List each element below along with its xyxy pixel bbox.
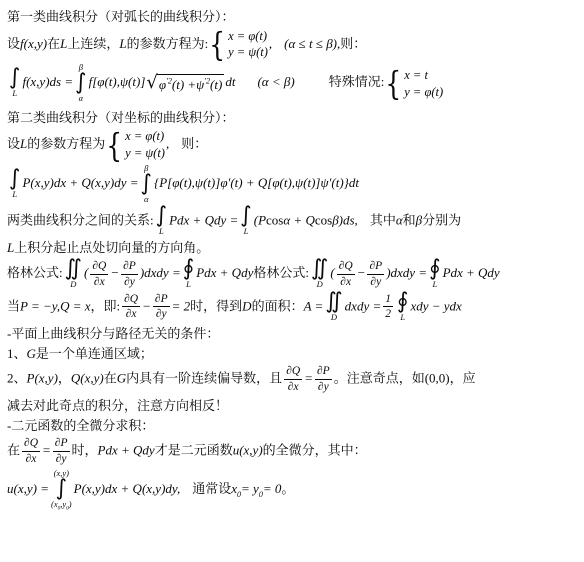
math-run: ( [330,265,334,280]
cases-group: {x = φ(t)y = ψ(t) [209,28,268,62]
line-potential-function: u(x,y) =(x,y)∫(x0,y0)P(x,y)dx + Q(x,y)dy… [7,469,582,511]
fraction: ∂Q∂x [284,364,302,395]
text-run: 内具有一阶连续偏导数，且 [126,371,282,386]
contour-integral-sign: ∮ [183,259,194,280]
line-condition-1: 1、G是一个单连通区域； [7,345,582,363]
double-integral-operator: ∬D [65,259,82,290]
line-total-differential-title: -二元函数的全微分求积： [7,417,582,435]
integral-operator: β∫α [75,63,86,103]
math-run: G [27,346,36,361]
case-row: x = t [404,67,443,84]
text-run: 的全微分，其中： [263,443,367,458]
math-run: ( [84,265,88,280]
math-run: (x [51,499,58,509]
minus-sign: − [357,265,366,280]
fraction-denominator: ∂x [92,275,107,290]
math-run: P(x,y)dx + Q(x,y)dy = [22,175,138,190]
heading-first-kind: 第一类曲线积分（对弧长的曲线积分）： [7,9,235,24]
math-run: (α ≤ t ≤ β) [284,35,337,50]
text-run: 特殊情况: [329,74,385,89]
math-run: )dxdy = [386,265,427,280]
double-integral-operator: ∬D [311,259,328,290]
fraction-numerator: ∂Q [22,436,40,452]
math-run: Pdx + Qdy [196,265,253,280]
text-run: 1、 [7,346,27,361]
math-run: P = −y,Q = x [20,298,90,313]
fraction-numerator: ∂P [153,292,170,308]
contour-integral-operator: ∮L [183,259,194,290]
heading-total-differential: -二元函数的全微分求积： [7,418,154,433]
integral-lower-limit: L [12,190,17,200]
integral-lower-limit: L [159,227,164,237]
text-run: 在 [7,443,20,458]
document-page: 第一类曲线积分（对弧长的曲线积分）： 设f(x,y)在L上连续，L的参数方程为:… [0,0,584,562]
fraction-denominator: ∂y [54,452,69,467]
math-run: Pdx + Qdy [98,443,155,458]
text-run: 。注意奇点，如(0,0)，应 [334,371,476,386]
text-run: 则： [181,136,207,151]
double-integral-sign: ∬ [65,259,82,280]
fraction-denominator: ∂y [154,307,169,322]
line-second-kind-title: 第二类曲线积分（对坐标的曲线积分）： [7,109,582,127]
text-run: 在 [47,35,60,50]
case-rows: x = φ(t)y = ψ(t) [228,28,268,62]
math-run: = 0 [263,482,282,497]
line-first-kind-setup: 设f(x,y)在L上连续，L的参数方程为:{x = φ(t)y = ψ(t),(… [7,28,582,62]
fraction: ∂P∂y [367,259,384,290]
cos-function: cos [315,213,332,228]
fraction-denominator: ∂x [124,307,139,322]
math-run: P(x,y)dx + Q(x,y)dy, [74,482,181,497]
math-run: φ [159,77,166,92]
line-condition-2-cont: 减去对此奇点的积分，注意方向相反！ [7,397,582,415]
integral-operator: ∫L [156,206,167,237]
case-rows: x = ty = φ(t) [404,67,443,101]
fraction: ∂P∂y [121,259,138,290]
integral-lower-limit: L [432,280,437,290]
integral-lower-limit: L [400,313,405,323]
integral-sign: ∫ [9,68,20,89]
integral-sign: ∫ [9,169,20,190]
text-run: 两类曲线积分之间的关系: [7,213,154,228]
integral-lower-limit: L [244,227,249,237]
math-run: Pdx + Qdy [443,265,500,280]
text-run: 2、 [7,371,27,386]
line-total-differential-condition: 在∂Q∂x=∂P∂y时，Pdx + Qdy才是二元函数u(x,y)的全微分，其中… [7,436,582,467]
integral-lower-limit: (x0,y0) [51,500,72,512]
fraction-denominator: 2 [383,307,393,322]
contour-integral-operator: ∮L [397,292,408,323]
math-run: = 2 [172,298,191,313]
fraction-numerator: ∂Q [337,259,355,275]
math-run: , [269,35,272,50]
math-run: Pdx + Qdy = [169,213,238,228]
case-row: x = φ(t) [125,128,165,145]
green-formula-copy: 格林公式:∬D(∂Q∂x−∂P∂y)dxdy =∮LPdx + Qdy [253,265,499,280]
fraction-numerator: ∂P [315,364,332,380]
heading-path-independence: -平面上曲线积分与路径无关的条件： [7,326,219,341]
text-run: 格林公式: [7,265,63,280]
integral-sign: ∫ [75,73,86,94]
fraction-numerator: 1 [383,292,393,308]
integral-operator: ∫L [240,206,251,237]
fraction: ∂Q∂x [22,436,40,467]
text-run: 设 [7,136,20,151]
fraction-denominator: ∂x [286,380,301,395]
integral-lower-limit: D [331,313,337,323]
cases-group: {x = φ(t)y = ψ(t) [106,128,165,162]
math-run: u(x,y) = [7,482,49,497]
contour-integral-sign: ∮ [397,292,408,313]
math-run: , [166,136,169,151]
text-run: ,则： [337,35,366,50]
text-run: 上连续， [67,35,119,50]
case-rows: x = φ(t)y = ψ(t) [125,128,165,162]
line-first-kind-title: 第一类曲线积分（对弧长的曲线积分）： [7,8,582,26]
fraction-numerator: ∂P [53,436,70,452]
math-run: dxdy = [345,298,382,313]
text-run: 的参数方程为 [27,136,105,151]
fraction-numerator: ∂Q [122,292,140,308]
line-green-formula: 格林公式:∬D(∂Q∂x−∂P∂y)dxdy =∮LPdx + Qdy格林公式:… [7,259,582,290]
math-run: )dxdy = [140,265,181,280]
text-run: ，即: [91,298,121,313]
text-run: 。 [281,482,294,497]
line-condition-2: 2、P(x,y)，Q(x,y)在G内具有一阶连续偏导数，且∂Q∂x=∂P∂y。注… [7,364,582,395]
line-first-kind-formula: ∫Lf(x,y)ds =β∫αf[φ(t),ψ(t)]√φ′2(t) +ψ′2(… [7,63,582,103]
text-run: 设 [7,35,20,50]
fraction: ∂Q∂x [90,259,108,290]
left-brace-icon: { [385,67,401,100]
fraction-denominator: ∂y [368,275,383,290]
double-integral-sign: ∬ [325,292,342,313]
text-run: 和 [403,213,416,228]
double-integral-sign: ∬ [311,259,328,280]
fraction-numerator: ∂Q [284,364,302,380]
fraction: ∂P∂y [315,364,332,395]
math-run: f(x,y)ds = [22,74,73,89]
math-run: L [119,35,126,50]
math-run: (t) +ψ [172,77,204,92]
integral-operator: (x,y)∫(x0,y0) [51,469,72,511]
equals-sign: = [304,371,313,386]
integral-operator: ∫L [9,68,20,99]
fraction: ∂P∂y [153,292,170,323]
integral-lower-limit: L [186,280,191,290]
math-run: f[φ(t),ψ(t)] [89,74,146,89]
integral-lower-limit: L [12,89,17,99]
math-run: α [396,213,403,228]
fraction-numerator: ∂Q [90,259,108,275]
math-run: G [117,371,126,386]
text-run: 的参数方程为: [127,35,209,50]
fraction: ∂P∂y [53,436,70,467]
double-integral-operator: ∬D [325,292,342,323]
math-run: ) [69,499,72,509]
line-path-independence-title: -平面上曲线积分与路径无关的条件： [7,325,582,343]
math-run: dt [225,74,235,89]
math-run: (P [254,213,266,228]
text-run: 格林公式: [253,265,309,280]
fraction-denominator: ∂x [338,275,353,290]
text-run: 在 [104,371,117,386]
math-run: = y [241,482,259,497]
text-run: 上积分起止点处切向量的方向角。 [14,240,209,255]
fraction-numerator: ∂P [367,259,384,275]
text-run: 其中 [370,213,396,228]
integral-sign: ∫ [240,206,251,227]
text-run: 时， [72,443,98,458]
line-second-kind-formula: ∫LP(x,y)dx + Q(x,y)dy =β∫α{P[φ(t),ψ(t)]φ… [7,164,582,204]
math-run: xdy − ydx [410,298,461,313]
integral-operator: β∫α [141,164,152,204]
integral-sign: ∫ [141,174,152,195]
text-run: 的面积： [252,298,304,313]
case-row: y = φ(t) [404,84,443,101]
contour-integral-sign: ∮ [429,259,440,280]
math-run: D [242,298,251,313]
fraction-numerator: ∂P [121,259,138,275]
line-area-formula: 当P = −y,Q = x，即:∂Q∂x−∂P∂y= 2时，得到D的面积：A =… [7,292,582,323]
equals-sign: = [42,443,51,458]
case-row: y = ψ(t) [125,145,165,162]
minus-sign: − [110,265,119,280]
square-root: √φ′2(t) +ψ′2(t) [146,74,224,94]
heading-second-kind: 第二类曲线积分（对坐标的曲线积分）： [7,110,235,125]
math-run: P(x,y) [27,371,58,386]
math-run: Q(x,y) [71,371,104,386]
case-row: x = φ(t) [228,28,268,45]
text-run: 时，得到 [190,298,242,313]
math-run: (α < β) [257,74,294,89]
integral-operator: ∫L [9,169,20,200]
radicand: φ′2(t) +ψ′2(t) [157,74,224,94]
line-relation-cont: L上积分起止点处切向量的方向角。 [7,239,582,257]
math-run: A = [304,298,324,313]
text-run: 是一个单连通区域； [36,346,153,361]
fraction-denominator: ∂y [316,380,331,395]
math-run: (t) [210,77,222,92]
math-run: u(x,y) [233,443,263,458]
left-brace-icon: { [209,28,225,61]
integral-sign: ∫ [56,479,67,500]
cases-group: {x = ty = φ(t) [385,67,443,101]
fraction-denominator: ∂x [24,452,39,467]
math-run: α + Q [283,213,314,228]
integral-lower-limit: α [79,94,83,104]
math-run: β)ds, [332,213,358,228]
text-run: 才是二元函数 [155,443,233,458]
fraction-denominator: ∂y [122,275,137,290]
math-run: {P[φ(t),ψ(t)]φ′(t) + Q[φ(t),ψ(t)]ψ′(t)}d… [154,175,359,190]
math-run: f(x,y) [20,35,47,50]
integral-lower-limit: D [317,280,323,290]
text-run: ， [58,371,71,386]
text-run: 分别为 [422,213,461,228]
text-run: 减去对此奇点的积分，注意方向相反！ [7,398,228,413]
text-run: 当 [7,298,20,313]
fraction: ∂Q∂x [337,259,355,290]
text-run: 通常设 [192,482,231,497]
contour-integral-operator: ∮L [429,259,440,290]
green-formula-copy: 格林公式:∬D(∂Q∂x−∂P∂y)dxdy =∮LPdx + Qdy [7,265,253,280]
integral-lower-limit: α [144,195,148,205]
line-second-kind-setup: 设L的参数方程为{x = φ(t)y = ψ(t),则： [7,128,582,162]
cos-function: cos [266,213,283,228]
fraction: ∂Q∂x [122,292,140,323]
integral-lower-limit: D [70,280,76,290]
fraction: 12 [383,292,393,323]
integral-sign: ∫ [156,206,167,227]
line-relation: 两类曲线积分之间的关系:∫LPdx + Qdy =∫L(Pcosα + Qcos… [7,206,582,237]
left-brace-icon: { [106,129,122,162]
case-row: y = ψ(t) [228,44,268,61]
minus-sign: − [142,298,151,313]
